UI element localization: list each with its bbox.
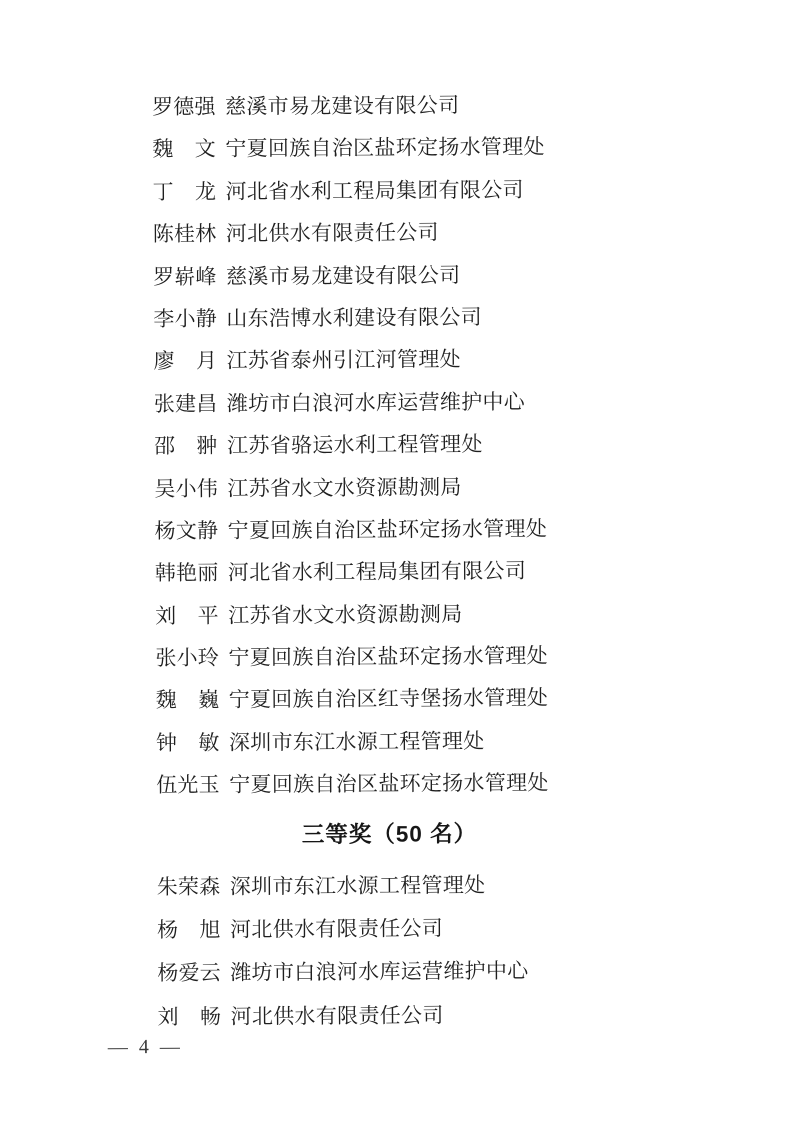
awardee-organization: 河北省水利工程局集团有限公司 [225,178,523,204]
awardee-name: 朱荣森 [157,866,221,910]
awardee-name: 刘 畅 [157,995,221,1039]
awardee-organization: 深圳市东江水源工程管理处 [230,873,486,899]
award-entry: 杨爱云潍坊市白浪河水库运营维护中心 [157,950,528,995]
awardee-name: 张小玲 [155,637,219,680]
awardee-name: 罗德强 [152,86,216,129]
award-entry: 刘 畅河北供水有限责任公司 [157,993,528,1038]
awardee-organization: 江苏省水文水资源勘测局 [227,475,461,500]
award-entry: 钟 敏深圳市东江水源工程管理处 [156,719,549,764]
awardee-name: 魏 文 [152,128,216,171]
awardee-name: 丁 龙 [152,170,216,213]
awardee-name: 刘 平 [155,594,219,637]
award-entry: 丁 龙河北省水利工程局集团有限公司 [152,168,545,213]
awardee-name: 伍光玉 [156,764,220,807]
awardee-organization: 江苏省水文水资源勘测局 [228,602,462,627]
awardee-name: 廖 月 [153,340,217,383]
awardee-organization: 宁夏回族自治区盐环定扬水管理处 [228,517,548,543]
award-entry: 张建昌潍坊市白浪河水库运营维护中心 [154,380,547,425]
award-entry: 杨 旭河北供水有限责任公司 [157,907,528,952]
award-entry: 伍光玉宁夏回族自治区盐环定扬水管理处 [156,762,549,807]
awardee-organization: 河北供水有限责任公司 [230,916,443,941]
awardee-organization: 宁夏回族自治区红寺堡扬水管理处 [229,686,549,712]
awardee-name: 魏 巍 [156,679,220,722]
award-entry: 张小玲宁夏回族自治区盐环定扬水管理处 [155,635,548,680]
awardee-organization: 宁夏回族自治区盐环定扬水管理处 [228,644,548,670]
page-number: — 4 — [108,1035,183,1059]
award-entry: 朱荣森深圳市东江水源工程管理处 [157,864,528,909]
awardee-organization: 河北省水利工程局集团有限公司 [228,559,526,585]
awardee-name: 吴小伟 [154,467,218,510]
award-list-continued: 罗德强慈溪市易龙建设有限公司 魏 文宁夏回族自治区盐环定扬水管理处 丁 龙河北省… [152,84,549,807]
awardee-name: 韩艳丽 [155,552,219,595]
awardee-organization: 深圳市东江水源工程管理处 [229,729,485,755]
awardee-name: 杨爱云 [157,952,221,996]
awardee-organization: 潍坊市白浪河水库运营维护中心 [230,959,528,985]
award-entry: 陈桂林河北供水有限责任公司 [153,211,546,256]
awardee-organization: 河北供水有限责任公司 [226,220,439,245]
award-entry: 罗崭峰慈溪市易龙建设有限公司 [153,253,546,298]
scanned-document-page: 罗德强慈溪市易龙建设有限公司 魏 文宁夏回族自治区盐环定扬水管理处 丁 龙河北省… [0,0,800,1132]
award-entry: 李小静山东浩博水利建设有限公司 [153,296,546,341]
awardee-organization: 宁夏回族自治区盐环定扬水管理处 [225,135,545,161]
awardee-name: 张建昌 [154,382,218,425]
section-heading-third-prize: 三等奖（50 名） [4,816,774,853]
awardee-organization: 慈溪市易龙建设有限公司 [225,93,459,118]
awardee-name: 杨 旭 [157,909,221,953]
awardee-organization: 潍坊市白浪河水库运营维护中心 [227,390,525,416]
award-entry: 杨文静宁夏回族自治区盐环定扬水管理处 [155,508,548,553]
awardee-name: 邵 翀 [154,425,218,468]
award-entry: 邵 翀江苏省骆运水利工程管理处 [154,423,547,468]
award-entry: 罗德强慈溪市易龙建设有限公司 [152,84,545,129]
awardee-organization: 慈溪市易龙建设有限公司 [226,263,460,288]
awardee-name: 杨文静 [155,510,219,553]
awardee-organization: 江苏省泰州引江河管理处 [227,348,461,373]
award-entry: 韩艳丽河北省水利工程局集团有限公司 [155,550,548,595]
award-entry: 魏 文宁夏回族自治区盐环定扬水管理处 [152,126,545,171]
award-entry: 刘 平江苏省水文水资源勘测局 [155,592,548,637]
awardee-name: 罗崭峰 [153,255,217,298]
award-entry: 魏 巍宁夏回族自治区红寺堡扬水管理处 [156,677,549,722]
awardee-name: 李小静 [153,298,217,341]
award-list-third-prize: 朱荣森深圳市东江水源工程管理处 杨 旭河北供水有限责任公司 杨爱云潍坊市白浪河水… [157,864,529,1039]
award-entry: 廖 月江苏省泰州引江河管理处 [153,338,546,383]
page-content: 罗德强慈溪市易龙建设有限公司 魏 文宁夏回族自治区盐环定扬水管理处 丁 龙河北省… [0,0,800,1132]
awardee-name: 钟 敏 [156,722,220,765]
awardee-organization: 宁夏回族自治区盐环定扬水管理处 [229,771,549,797]
awardee-organization: 山东浩博水利建设有限公司 [226,305,482,331]
awardee-organization: 河北供水有限责任公司 [231,1003,444,1028]
awardee-name: 陈桂林 [153,213,217,256]
award-entry: 吴小伟江苏省水文水资源勘测局 [154,465,547,510]
awardee-organization: 江苏省骆运水利工程管理处 [227,432,483,458]
